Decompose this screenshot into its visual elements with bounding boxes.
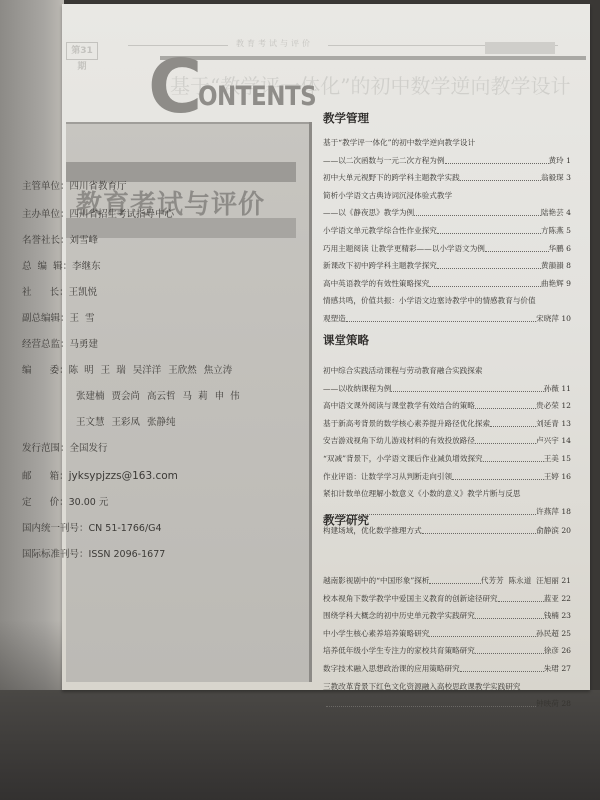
decor-band bbox=[66, 218, 296, 238]
dot-leader bbox=[414, 205, 541, 216]
editor-name: 高云哲 bbox=[147, 388, 176, 402]
contents-initial: C bbox=[148, 50, 200, 124]
entry-author: 孙薇 bbox=[544, 384, 559, 393]
toc-entry: 巧用主题阅读 让教学更精彩——以小学语文为例华鹏 6 bbox=[323, 244, 571, 255]
label: 名誉社长： bbox=[22, 232, 70, 246]
entry-title: ——以《静夜思》教学为例 bbox=[323, 208, 414, 218]
entry-author-page: 黄玲 1 bbox=[549, 156, 571, 166]
dot-leader bbox=[485, 241, 549, 252]
toc-entry: 初中大单元视野下的跨学科主题教学实践翁毅琛 3 bbox=[323, 173, 571, 184]
masthead-row: 主管单位：四川省教育厅 bbox=[22, 178, 127, 192]
entry-author: 许燕萍 bbox=[536, 507, 559, 516]
dot-leader bbox=[475, 643, 544, 654]
entry-title: 围绕学科大概念的初中历史单元教学实践研究 bbox=[323, 611, 475, 621]
editor-name: 王 瑞 bbox=[101, 362, 126, 376]
entry-title: “双减”背景下，小学语文课后作业减负增效探究 bbox=[323, 454, 483, 464]
editor-name: 马 莉 bbox=[183, 388, 208, 402]
label: 主办单位： bbox=[22, 206, 70, 220]
editors-row: 王文慧王彩凤张静纯 bbox=[76, 414, 183, 428]
entry-title: 作业评语：让数学学习从判断走向引领 bbox=[323, 472, 452, 482]
label: 副总编辑： bbox=[22, 310, 70, 324]
entry-page: 16 bbox=[561, 472, 571, 481]
toc-entry: 中小学生核心素养培养策略研究孙民超 25 bbox=[323, 629, 571, 640]
entry-author-page: 孙民超 25 bbox=[536, 629, 571, 639]
entry-title: 情感共鸣，价值共振：小学语文边塞诗教学中的情感教育与价值 bbox=[323, 296, 536, 306]
toc-entry: 高中英语教学的有效性策略探究曲艳辉 9 bbox=[323, 279, 571, 290]
entry-author: 代芳芳 陈永道 汪旭丽 bbox=[481, 576, 559, 585]
masthead-row: 主办单位：四川省招生考试指导中心 bbox=[22, 206, 174, 220]
dot-leader bbox=[346, 311, 536, 322]
entry-author-page: 贵必荣 12 bbox=[536, 401, 571, 411]
entry-author-page: 王婷 16 bbox=[544, 472, 571, 482]
toc-entry: 围绕学科大概念的初中历史单元教学实践研究钱楠 23 bbox=[323, 611, 571, 622]
entry-title: 高中英语教学的有效性策略探究 bbox=[323, 279, 429, 289]
entry-page: 15 bbox=[561, 454, 571, 463]
entry-author: 王婷 bbox=[544, 472, 559, 481]
toc-entry: 钟映荷 28 bbox=[323, 699, 571, 710]
entry-title: ——以收纳课程为例 bbox=[323, 384, 391, 394]
toc-entry: 小学语文单元教学综合性作业探究方陈燕 5 bbox=[323, 226, 571, 237]
editor-name: 王欣然 bbox=[168, 362, 197, 376]
dot-leader bbox=[391, 381, 543, 392]
editor-name: 申 伟 bbox=[215, 388, 240, 402]
dot-leader bbox=[483, 451, 544, 462]
issue-label: 第31期 bbox=[66, 42, 98, 60]
label: 国际标准刊号： bbox=[22, 546, 89, 560]
toc-entry: 校本视角下数学教学中爱国主义教育的创新途径研究蓝亚 22 bbox=[323, 594, 571, 605]
dot-leader bbox=[429, 276, 541, 287]
entry-author-page: 钟映荷 28 bbox=[536, 699, 571, 709]
entry-author: 宋晓萍 bbox=[536, 314, 559, 323]
toc-entry: 新课改下初中跨学科主题教学探究黄韻韻 8 bbox=[323, 261, 571, 272]
entry-page: 8 bbox=[566, 261, 571, 270]
entry-author-page: 王美 15 bbox=[544, 454, 571, 464]
section-title: 教学管理 bbox=[323, 110, 369, 126]
dot-leader bbox=[498, 591, 544, 602]
entry-title: 越南影视剧中的“中国形象”探析 bbox=[323, 576, 429, 586]
entry-title: 三教改革背景下红色文化资源融入高校思政课教学实践研究 bbox=[323, 682, 520, 692]
editor-name: 王彩凤 bbox=[112, 414, 141, 428]
editor-name: 吴洋洋 bbox=[133, 362, 162, 376]
masthead-row: 经营总监：马勇建 bbox=[22, 336, 98, 350]
entry-author-page: 曲艳辉 9 bbox=[541, 279, 571, 289]
entry-page: 14 bbox=[561, 436, 571, 445]
header-block bbox=[485, 42, 555, 54]
value: 王凯悦 bbox=[69, 287, 98, 298]
toc-entry: 高中语文课外阅读与课堂教学有效结合的策略贵必荣 12 bbox=[323, 401, 571, 412]
toc-entry: 基于“教学评一体化”的初中数学逆向教学设计 bbox=[323, 138, 571, 148]
dot-leader bbox=[452, 469, 544, 480]
editor-name: 陈 明 bbox=[69, 362, 94, 376]
entry-author: 朱珺 bbox=[544, 664, 559, 673]
toc-entry: “双减”背景下，小学语文课后作业减负增效探究王美 15 bbox=[323, 454, 571, 465]
dot-leader bbox=[429, 573, 480, 584]
entry-author: 贵必荣 bbox=[536, 401, 559, 410]
entry-author-page: 刘延青 13 bbox=[536, 419, 571, 429]
entry-author: 方陈燕 bbox=[541, 226, 564, 235]
dot-leader bbox=[326, 696, 536, 707]
entry-title: 中小学生核心素养培养策略研究 bbox=[323, 629, 429, 639]
masthead-row: 国内统一刊号：CN 51-1766/G4 bbox=[22, 520, 162, 534]
editor-name: 焦立涛 bbox=[204, 362, 233, 376]
toc-entry: 观塑造宋晓萍 10 bbox=[323, 314, 571, 325]
value: 李继东 bbox=[72, 261, 101, 272]
entry-title: 初中综合实践活动课程与劳动教育融合实践探索 bbox=[323, 366, 482, 376]
entry-author: 孙民超 bbox=[536, 629, 559, 638]
entry-author-page: 徐彦 26 bbox=[544, 646, 571, 656]
entry-page: 3 bbox=[566, 173, 571, 182]
entry-page: 20 bbox=[561, 526, 571, 535]
entry-title: 新课改下初中跨学科主题教学探究 bbox=[323, 261, 437, 271]
entry-title: 观塑造 bbox=[323, 314, 346, 324]
section-title: 教学研究 bbox=[323, 512, 369, 528]
entry-author: 黄韻韻 bbox=[541, 261, 564, 270]
entry-author: 陆艳芸 bbox=[541, 208, 564, 217]
label: 社 长： bbox=[22, 284, 69, 298]
editors-row: 张建楠贾会尚高云哲马 莉申 伟 bbox=[76, 388, 247, 402]
editor-name: 张建楠 bbox=[76, 388, 105, 402]
entry-author-page: 许燕萍 18 bbox=[536, 507, 571, 517]
entry-author: 王美 bbox=[544, 454, 559, 463]
masthead-row: 发行范围：全国发行 bbox=[22, 440, 108, 454]
entry-author: 曲艳辉 bbox=[541, 279, 564, 288]
entry-page: 22 bbox=[561, 594, 571, 603]
masthead-row: 社 长：王凯悦 bbox=[22, 284, 97, 298]
dot-leader bbox=[437, 258, 541, 269]
entry-page: 13 bbox=[561, 419, 571, 428]
masthead-row: 副总编辑：王 雪 bbox=[22, 310, 95, 324]
entry-author: 俞静滨 bbox=[536, 526, 559, 535]
editor-name: 贾会尚 bbox=[112, 388, 141, 402]
entry-title: 培养低年级小学生专注力的家校共育策略研究 bbox=[323, 646, 475, 656]
entry-author-page: 宋晓萍 10 bbox=[536, 314, 571, 324]
entry-page: 11 bbox=[561, 384, 571, 393]
entry-page: 25 bbox=[561, 629, 571, 638]
label: 主管单位： bbox=[22, 178, 70, 192]
entry-page: 26 bbox=[561, 646, 571, 655]
entry-author: 华鹏 bbox=[549, 244, 564, 253]
editor-name: 张静纯 bbox=[147, 414, 176, 428]
dot-leader bbox=[460, 170, 541, 181]
dot-leader bbox=[475, 608, 544, 619]
dot-leader bbox=[475, 398, 536, 409]
dot-leader bbox=[422, 523, 536, 534]
value: 刘雪峰 bbox=[70, 235, 99, 246]
masthead-row: 名誉社长：刘雪峰 bbox=[22, 232, 98, 246]
entry-title: 数字技术融入思想政治课的应用策略研究 bbox=[323, 664, 460, 674]
editor-name: 王文慧 bbox=[76, 414, 105, 428]
entry-author: 卢兴宇 bbox=[536, 436, 559, 445]
label: 邮 箱： bbox=[22, 468, 69, 482]
entry-page: 27 bbox=[561, 664, 571, 673]
value: 王 雪 bbox=[70, 313, 95, 324]
toc-entry: 情感共鸣，价值共振：小学语文边塞诗教学中的情感教育与价值 bbox=[323, 296, 571, 306]
rule bbox=[66, 122, 309, 124]
toc-entry: 越南影视剧中的“中国形象”探析代芳芳 陈永道 汪旭丽 21 bbox=[323, 576, 571, 587]
label: 经营总监： bbox=[22, 336, 70, 350]
entry-title: 高中语文课外阅读与课堂教学有效结合的策略 bbox=[323, 401, 475, 411]
toc-entry: 三教改革背景下红色文化资源融入高校思政课教学实践研究 bbox=[323, 682, 571, 692]
entry-author-page: 代芳芳 陈永道 汪旭丽 21 bbox=[481, 576, 571, 586]
entry-author: 钟映荷 bbox=[536, 699, 559, 708]
entry-author-page: 卢兴宇 14 bbox=[536, 436, 571, 446]
entry-author-page: 翁毅琛 3 bbox=[541, 173, 571, 183]
entry-page: 28 bbox=[561, 699, 571, 708]
entry-page: 9 bbox=[566, 279, 571, 288]
dot-leader bbox=[429, 626, 536, 637]
entry-title: 初中大单元视野下的跨学科主题教学实践 bbox=[323, 173, 460, 183]
entry-author-page: 俞静滨 20 bbox=[536, 526, 571, 536]
entry-author-page: 蓝亚 22 bbox=[544, 594, 571, 604]
entry-page: 23 bbox=[561, 611, 571, 620]
entry-page: 21 bbox=[561, 576, 571, 585]
masthead-row: 定 价：30.00 元 bbox=[22, 494, 108, 508]
entry-author: 蓝亚 bbox=[544, 594, 559, 603]
entry-title: ——以二次函数与一元二次方程为例 bbox=[323, 156, 445, 166]
running-head-title: 教育考试与评价 bbox=[236, 38, 313, 49]
toc-entry: 安吉游戏视角下幼儿游戏材料的有效投放路径卢兴宇 14 bbox=[323, 436, 571, 447]
entry-author-page: 黄韻韻 8 bbox=[541, 261, 571, 271]
entry-page: 18 bbox=[561, 507, 571, 516]
section-title: 课堂策略 bbox=[323, 332, 369, 348]
entry-author-page: 华鹏 6 bbox=[549, 244, 571, 254]
dot-leader bbox=[490, 416, 536, 427]
entry-page: 12 bbox=[561, 401, 571, 410]
entry-title: 基于“教学评一体化”的初中数学逆向教学设计 bbox=[323, 138, 475, 148]
dot-leader bbox=[460, 661, 544, 672]
entry-author-page: 陆艳芸 4 bbox=[541, 208, 571, 218]
editors-row: 编 委：陈 明王 瑞吴洋洋王欣然焦立涛 bbox=[22, 362, 239, 376]
toc-entry: ——以收纳课程为例孙薇 11 bbox=[323, 384, 571, 395]
toc-entry: ——以二次函数与一元二次方程为例黄玲 1 bbox=[323, 156, 571, 167]
price: 30.00 元 bbox=[69, 497, 109, 508]
value: 全国发行 bbox=[70, 443, 108, 454]
label: 国内统一刊号： bbox=[22, 520, 89, 534]
header-bar bbox=[160, 56, 586, 60]
entry-title: 小学语文单元教学综合性作业探究 bbox=[323, 226, 437, 236]
value: 四川省招生考试指导中心 bbox=[70, 209, 175, 220]
entry-author-page: 方陈燕 5 bbox=[541, 226, 571, 236]
entry-author: 翁毅琛 bbox=[541, 173, 564, 182]
toc-entry: 作业评语：让数学学习从判断走向引领王婷 16 bbox=[323, 472, 571, 483]
value: 马勇建 bbox=[70, 339, 99, 350]
entry-title: 巧用主题阅读 让教学更精彩——以小学语文为例 bbox=[323, 244, 485, 254]
toc-entry: 数字技术融入思想政治课的应用策略研究朱珺 27 bbox=[323, 664, 571, 675]
label: 定 价： bbox=[22, 494, 69, 508]
entry-page: 4 bbox=[566, 208, 571, 217]
contents-heading: ONTENTS bbox=[198, 82, 316, 112]
masthead-row: 总 编 辑：李继东 bbox=[22, 258, 101, 272]
toc-entry: 简析小学语文古典诗词沉浸体验式教学 bbox=[323, 191, 571, 201]
entry-author: 刘延青 bbox=[536, 419, 559, 428]
entry-title: 校本视角下数学教学中爱国主义教育的创新途径研究 bbox=[323, 594, 498, 604]
label: 发行范围： bbox=[22, 440, 70, 454]
entry-title: 紧扣计数单位理解小数意义《小数的意义》教学片断与反思 bbox=[323, 489, 520, 499]
toc-entry: 培养低年级小学生专注力的家校共育策略研究徐彦 26 bbox=[323, 646, 571, 657]
toc-entry: 紧扣计数单位理解小数意义《小数的意义》教学片断与反思 bbox=[323, 489, 571, 499]
entry-page: 1 bbox=[566, 156, 571, 165]
masthead-row: 邮 箱：jyksypjzzs@163.com bbox=[22, 468, 178, 482]
entry-author: 黄玲 bbox=[549, 156, 564, 165]
dot-leader bbox=[437, 223, 541, 234]
entry-title: 基于新高考背景的数学核心素养提升路径优化探索 bbox=[323, 419, 490, 429]
entry-title: 简析小学语文古典诗词沉浸体验式教学 bbox=[323, 191, 452, 201]
toc-entry: ——以《静夜思》教学为例陆艳芸 4 bbox=[323, 208, 571, 219]
entry-author-page: 朱珺 27 bbox=[544, 664, 571, 674]
panel-edge bbox=[309, 122, 312, 682]
email-address: jyksypjzzs@163.com bbox=[69, 470, 178, 482]
entry-author: 钱楠 bbox=[544, 611, 559, 620]
entry-page: 6 bbox=[566, 244, 571, 253]
entry-title: 安吉游戏视角下幼儿游戏材料的有效投放路径 bbox=[323, 436, 475, 446]
toc-entry: 基于新高考背景的数学核心素养提升路径优化探索刘延青 13 bbox=[323, 419, 571, 430]
masthead-row: 国际标准刊号：ISSN 2096-1677 bbox=[22, 546, 165, 560]
cn-number: CN 51-1766/G4 bbox=[89, 523, 162, 534]
toc-entry: 初中综合实践活动课程与劳动教育融合实践探索 bbox=[323, 366, 571, 376]
label: 总 编 辑： bbox=[22, 258, 72, 272]
entry-author-page: 钱楠 23 bbox=[544, 611, 571, 621]
issn-number: ISSN 2096-1677 bbox=[89, 549, 166, 560]
entry-page: 5 bbox=[566, 226, 571, 235]
dot-leader bbox=[475, 433, 536, 444]
entry-author-page: 孙薇 11 bbox=[544, 384, 571, 394]
entry-page: 10 bbox=[561, 314, 571, 323]
dot-leader bbox=[445, 153, 549, 164]
value: 四川省教育厅 bbox=[70, 181, 127, 192]
entry-author: 徐彦 bbox=[544, 646, 559, 655]
label: 编 委： bbox=[22, 362, 69, 376]
